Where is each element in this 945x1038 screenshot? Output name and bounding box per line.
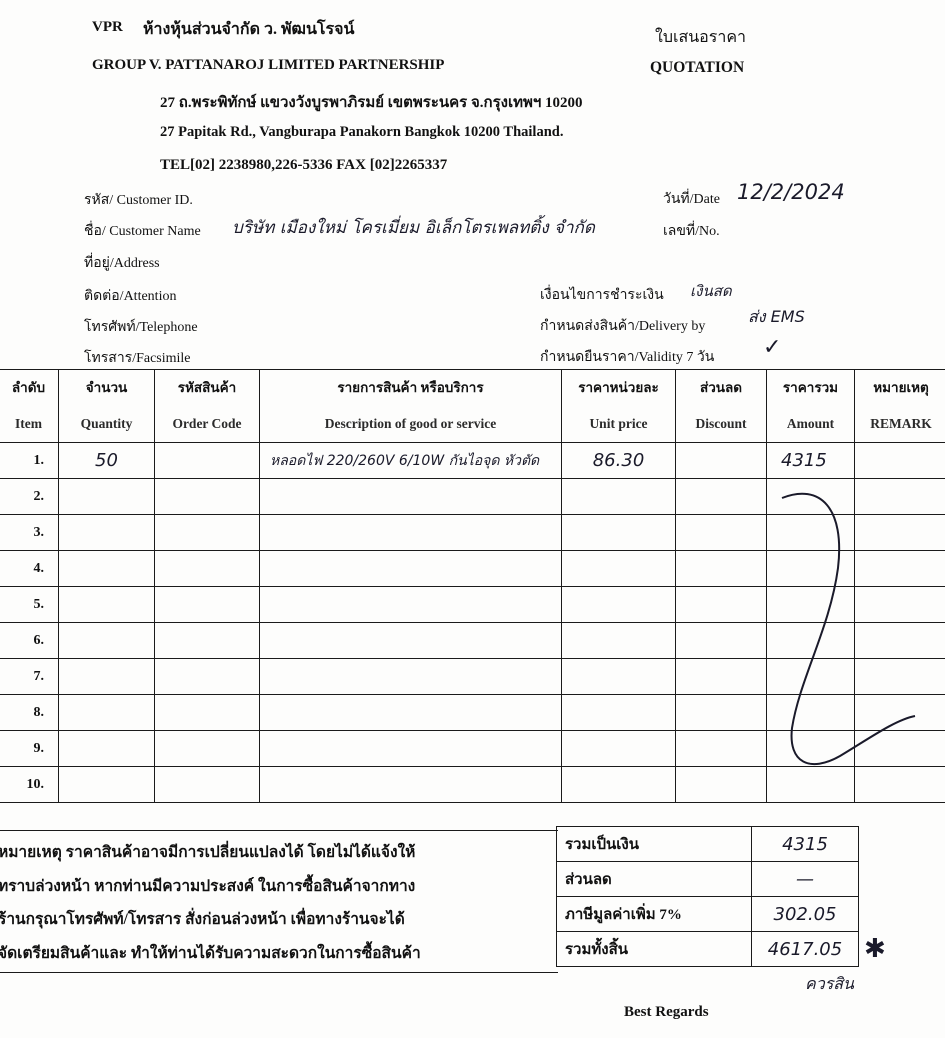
delivery-label: กำหนดส่งสินค้า/Delivery by [540,315,705,337]
check-mark-icon: ✓ [763,335,781,360]
delivery-value: ส่ง EMS [748,305,805,330]
totals-row-discount: ส่วนลด — [557,862,859,897]
unit-price-cell: 86.30 [562,443,676,479]
item-number: 7. [0,659,59,695]
unit-price-cell [562,551,676,587]
item-number: 5. [0,587,59,623]
customer-attention-label: ติดต่อ/Attention [84,285,176,307]
discount-cell [676,515,767,551]
column-header-en: Discount [676,406,767,443]
company-tel-fax: TEL[02] 2238980,226-5336 FAX [02]2265337 [160,157,447,174]
quantity-cell [59,731,155,767]
note-line: จัดเตรียมสินค้าและ ทำให้ท่านได้รับความสะ… [0,937,468,971]
column-header-en: Quantity [59,406,155,443]
asterisk-icon: ✱ [864,934,886,964]
notes-divider-top [0,830,558,831]
totals-row-grand-total: รวมทั้งสิ้น 4617.05 [557,932,859,967]
unit-price-cell [562,731,676,767]
column-header-en: Item [0,406,59,443]
customer-address-label: ที่อยู่/Address [84,252,160,274]
column-header-th: ราคาหน่วยละ [562,370,676,407]
quantity-cell [59,551,155,587]
quantity-cell [59,587,155,623]
column-header-th: ส่วนลด [676,370,767,407]
order-code-cell [155,731,260,767]
column-header-en: Unit price [562,406,676,443]
company-address-en: 27 Papitak Rd., Vangburapa Panakorn Bang… [160,124,563,141]
unit-price-cell [562,479,676,515]
quantity-cell [59,623,155,659]
column-header-en: Description of good or service [260,406,562,443]
column-header-th: ราคารวม [767,370,855,407]
item-number: 4. [0,551,59,587]
totals-row-subtotal: รวมเป็นเงิน 4315 [557,827,859,862]
description-cell [260,551,562,587]
discount-value: — [752,862,859,897]
note-line: ทราบล่วงหน้า หากท่านมีความประสงค์ ในการซ… [0,870,468,904]
doc-number-label: เลขที่/No. [663,220,720,242]
remark-cell [855,443,945,479]
unit-price-cell [562,695,676,731]
quantity-cell [59,515,155,551]
validity-label: กำหนดยืนราคา/Validity 7 วัน [540,346,714,368]
date-value: 12/2/2024 [737,180,845,204]
unit-price-cell [562,623,676,659]
quantity-cell [59,659,155,695]
item-number: 2. [0,479,59,515]
discount-label: ส่วนลด [557,862,752,897]
column-header-th: ลำดับ [0,370,59,407]
table-header-th: ลำดับจำนวนรหัสสินค้ารายการสินค้า หรือบริ… [0,370,945,407]
description-cell [260,731,562,767]
description-cell [260,515,562,551]
item-number: 10. [0,767,59,803]
order-code-cell [155,479,260,515]
discount-cell [676,695,767,731]
description-cell: หลอดไฟ 220/260V 6/10W กันไอจุด หัวตัด [260,443,562,479]
description-cell [260,587,562,623]
subtotal-label: รวมเป็นเงิน [557,827,752,862]
discount-cell [676,767,767,803]
order-code-cell [155,695,260,731]
company-name-en: GROUP V. PATTANAROJ LIMITED PARTNERSHIP [92,57,444,74]
item-number: 3. [0,515,59,551]
order-code-cell [155,623,260,659]
company-code: VPR [92,19,123,36]
customer-telephone-label: โทรศัพท์/Telephone [84,316,198,338]
description-cell [260,479,562,515]
column-header-en: REMARK [855,406,945,443]
note-line: หมายเหตุ ราคาสินค้าอาจมีการเปลี่ยนแปลงได… [0,836,468,870]
discount-cell [676,587,767,623]
vat-label: ภาษีมูลค่าเพิ่ม 7% [557,897,752,932]
grand-total-value: 4617.05 [752,932,859,967]
notes-block: หมายเหตุ ราคาสินค้าอาจมีการเปลี่ยนแปลงได… [0,836,468,970]
customer-fax-label: โทรสาร/Facsimile [84,347,191,369]
doc-title-en: QUOTATION [650,59,744,77]
order-code-cell [155,443,260,479]
grand-total-label: รวมทั้งสิ้น [557,932,752,967]
discount-cell [676,659,767,695]
payment-terms-label: เงื่อนไขการชำระเงิน [540,284,664,306]
unit-price-cell [562,515,676,551]
column-header-th: รายการสินค้า หรือบริการ [260,370,562,407]
item-number: 1. [0,443,59,479]
discount-cell [676,623,767,659]
discount-cell [676,731,767,767]
totals-row-vat: ภาษีมูลค่าเพิ่ม 7% 302.05 [557,897,859,932]
item-number: 8. [0,695,59,731]
subtotal-value: 4315 [752,827,859,862]
description-cell [260,623,562,659]
doc-title-th: ใบเสนอราคา [655,25,746,50]
discount-cell [676,479,767,515]
quantity-cell: 50 [59,443,155,479]
column-header-th: หมายเหตุ [855,370,945,407]
quantity-cell [59,767,155,803]
best-regards: Best Regards [624,1004,709,1021]
table-header-en: ItemQuantityOrder CodeDescription of goo… [0,406,945,443]
item-number: 9. [0,731,59,767]
amount-cell: 4315 [767,443,855,479]
order-code-cell [155,659,260,695]
vat-value: 302.05 [752,897,859,932]
payment-terms-value: เงินสด [690,279,732,303]
date-label: วันที่/Date [663,188,720,210]
notes-divider-bottom [0,972,558,973]
table-row: 1.50หลอดไฟ 220/260V 6/10W กันไอจุด หัวตั… [0,443,945,479]
order-code-cell [155,515,260,551]
handwritten-strike-mark [770,488,930,788]
description-cell [260,659,562,695]
customer-name-label: ชื่อ/ Customer Name [84,220,201,242]
handwritten-signature: ควรสิน [805,972,854,997]
column-header-th: จำนวน [59,370,155,407]
item-number: 6. [0,623,59,659]
discount-cell [676,551,767,587]
customer-id-label: รหัส/ Customer ID. [84,189,193,211]
unit-price-cell [562,767,676,803]
column-header-en: Amount [767,406,855,443]
discount-cell [676,443,767,479]
description-cell [260,767,562,803]
order-code-cell [155,551,260,587]
description-cell [260,695,562,731]
column-header-en: Order Code [155,406,260,443]
unit-price-cell [562,659,676,695]
column-header-th: รหัสสินค้า [155,370,260,407]
customer-name-value: บริษัท เมืองใหม่ โครเมี่ยม อิเล็กโตรเพลท… [232,214,595,241]
order-code-cell [155,767,260,803]
note-line: ร้านกรุณาโทรศัพท์/โทรสาร สั่งก่อนล่วงหน้… [0,903,468,937]
totals-table: รวมเป็นเงิน 4315 ส่วนลด — ภาษีมูลค่าเพิ่… [556,826,859,967]
unit-price-cell [562,587,676,623]
quantity-cell [59,695,155,731]
quantity-cell [59,479,155,515]
company-address-th: 27 ถ.พระพิทักษ์ แขวงวังบูรพาภิรมย์ เขตพร… [160,90,583,114]
order-code-cell [155,587,260,623]
company-name-th: ห้างหุ้นส่วนจำกัด ว. พัฒนโรจน์ [143,17,354,42]
